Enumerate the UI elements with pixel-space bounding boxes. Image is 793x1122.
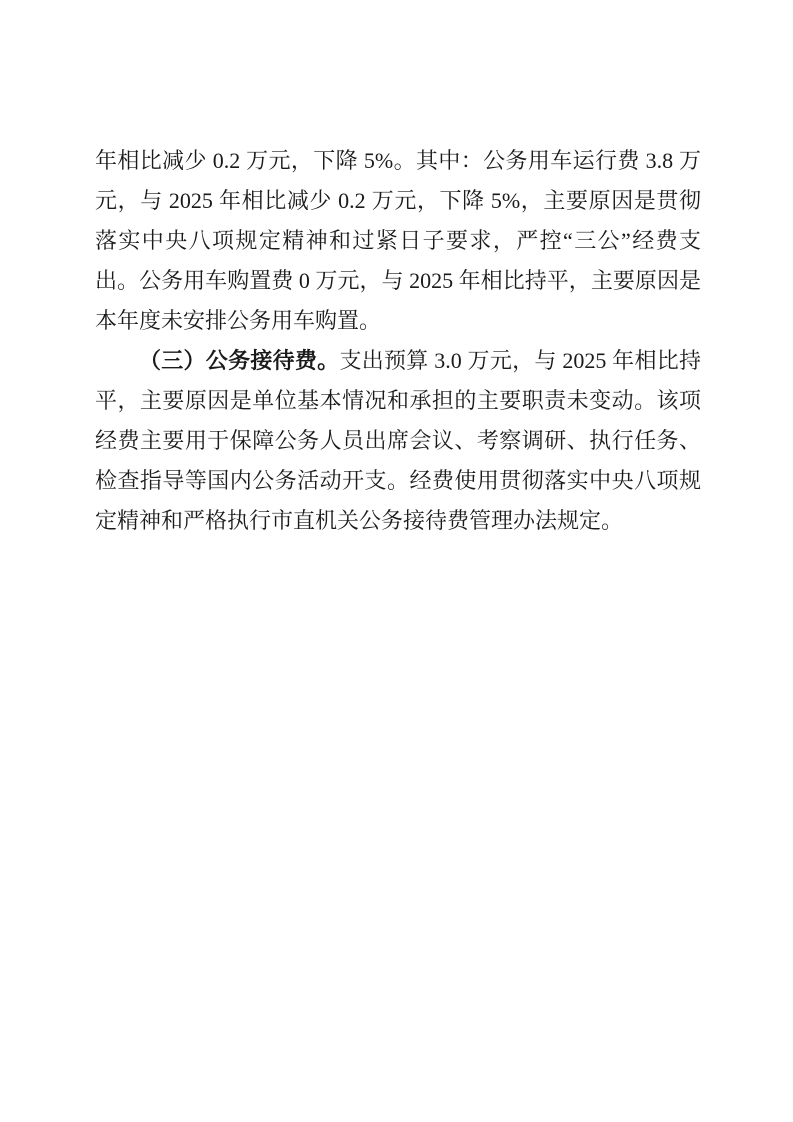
paragraph-2-line-2: 平，主要原因是单位基本情况和承担的主要职责未变动。该项 (95, 381, 701, 421)
body-text: 年相比减少 0.2 万元，下降 5%。其中：公务用车运行费 3.8 万 元，与 … (95, 141, 701, 541)
paragraph-2-line-5: 定精神和严格执行市直机关公务接待费管理办法规定。 (95, 501, 701, 541)
paragraph-1-line-5: 本年度未安排公务用车购置。 (95, 301, 701, 341)
paragraph-2-line-1: （三）公务接待费。支出预算 3.0 万元，与 2025 年相比持 (95, 341, 701, 381)
paragraph-2-line-4: 检查指导等国内公务活动开支。经费使用贯彻落实中央八项规 (95, 461, 701, 501)
paragraph-1-line-3: 落实中央八项规定精神和过紧日子要求，严控“三公”经费支 (95, 221, 701, 261)
paragraph-2-line-1-text: 支出预算 3.0 万元，与 2025 年相比持 (339, 348, 701, 373)
document-page: 年相比减少 0.2 万元，下降 5%。其中：公务用车运行费 3.8 万 元，与 … (0, 0, 793, 1122)
paragraph-1-line-2: 元，与 2025 年相比减少 0.2 万元，下降 5%，主要原因是贯彻 (95, 181, 701, 221)
paragraph-2-heading: （三）公务接待费。 (139, 348, 339, 373)
paragraph-1-line-1: 年相比减少 0.2 万元，下降 5%。其中：公务用车运行费 3.8 万 (95, 141, 701, 181)
paragraph-2-line-3: 经费主要用于保障公务人员出席会议、考察调研、执行任务、 (95, 421, 701, 461)
paragraph-1-line-4: 出。公务用车购置费 0 万元，与 2025 年相比持平，主要原因是 (95, 261, 701, 301)
